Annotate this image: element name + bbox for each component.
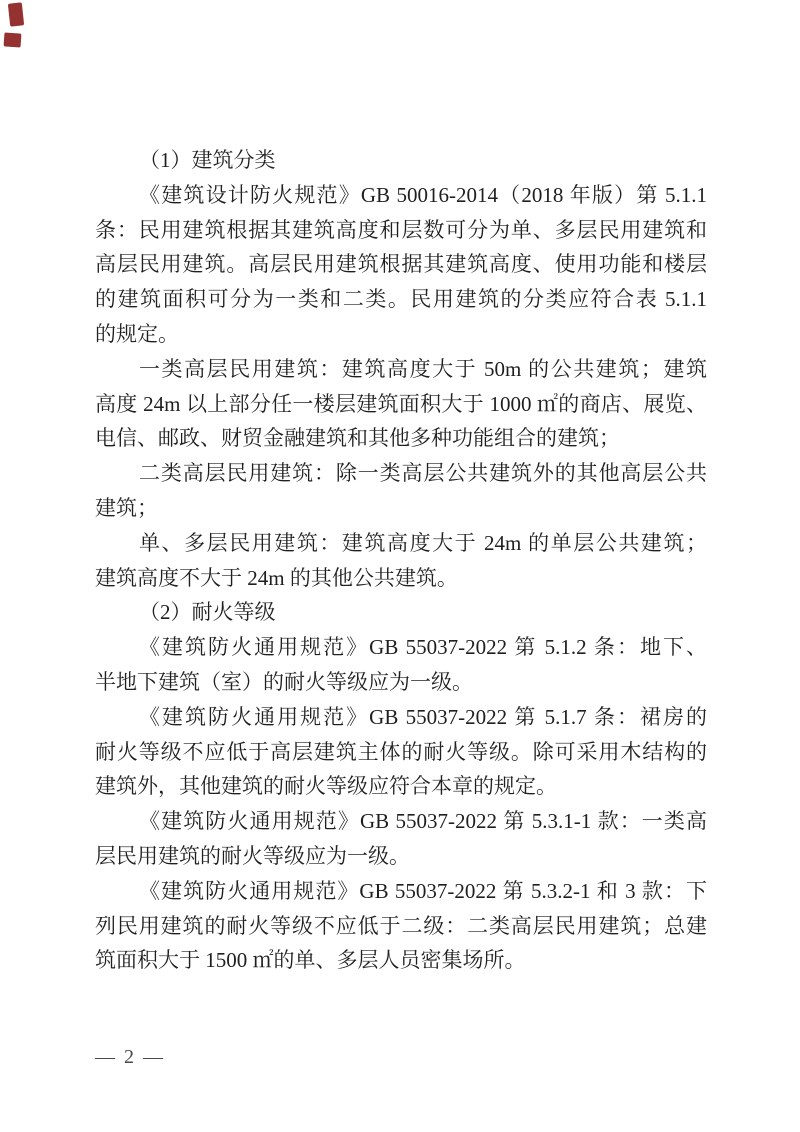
text-line: 高度 24m 以上部分任一楼层建筑面积大于 1000 ㎡的商店、展览、 [95, 387, 707, 422]
text-line: 条：民用建筑根据其建筑高度和层数可分为单、多层民用建筑和 [95, 213, 707, 248]
text-line: 层民用建筑的耐火等级应为一级。 [95, 839, 707, 874]
red-stamp-fragment-top [8, 2, 24, 26]
text-line: 筑面积大于 1500 ㎡的单、多层人员密集场所。 [95, 943, 707, 978]
text-line: 高层民用建筑。高层民用建筑根据其建筑高度、使用功能和楼层 [95, 247, 707, 282]
text-line: 建筑高度不大于 24m 的其他公共建筑。 [95, 561, 707, 596]
text-line: 《建筑防火通用规范》GB 55037-2022 第 5.3.2-1 和 3 款：… [95, 874, 707, 909]
scanned-document-page: （1）建筑分类《建筑设计防火规范》GB 50016-2014（2018 年版）第… [0, 0, 800, 1132]
text-line: 的规定。 [95, 317, 707, 352]
text-line: 一类高层民用建筑：建筑高度大于 50m 的公共建筑；建筑 [95, 352, 707, 387]
text-line: 《建筑设计防火规范》GB 50016-2014（2018 年版）第 5.1.1 [95, 178, 707, 213]
text-line: （2）耐火等级 [95, 595, 707, 630]
document-text-block: （1）建筑分类《建筑设计防火规范》GB 50016-2014（2018 年版）第… [95, 143, 707, 978]
text-line: 建筑外，其他建筑的耐火等级应符合本章的规定。 [95, 769, 707, 804]
text-line: 《建筑防火通用规范》GB 55037-2022 第 5.1.2 条：地下、 [95, 630, 707, 665]
text-line: 半地下建筑（室）的耐火等级应为一级。 [95, 665, 707, 700]
text-line: 单、多层民用建筑：建筑高度大于 24m 的单层公共建筑； [95, 526, 707, 561]
text-line: 二类高层民用建筑：除一类高层公共建筑外的其他高层公共 [95, 456, 707, 491]
text-line: 的建筑面积可分为一类和二类。民用建筑的分类应符合表 5.1.1 [95, 282, 707, 317]
text-line: 电信、邮政、财贸金融建筑和其他多种功能组合的建筑； [95, 421, 707, 456]
text-line: 《建筑防火通用规范》GB 55037-2022 第 5.1.7 条：裙房的 [95, 700, 707, 735]
text-line: 列民用建筑的耐火等级不应低于二级：二类高层民用建筑；总建 [95, 909, 707, 944]
page-number: — 2 — [95, 1044, 165, 1070]
text-line: （1）建筑分类 [95, 143, 707, 178]
text-line: 《建筑防火通用规范》GB 55037-2022 第 5.3.1-1 款：一类高 [95, 804, 707, 839]
text-line: 耐火等级不应低于高层建筑主体的耐火等级。除可采用木结构的 [95, 735, 707, 770]
text-line: 建筑； [95, 491, 707, 526]
red-stamp-fragment-bottom [4, 32, 22, 47]
